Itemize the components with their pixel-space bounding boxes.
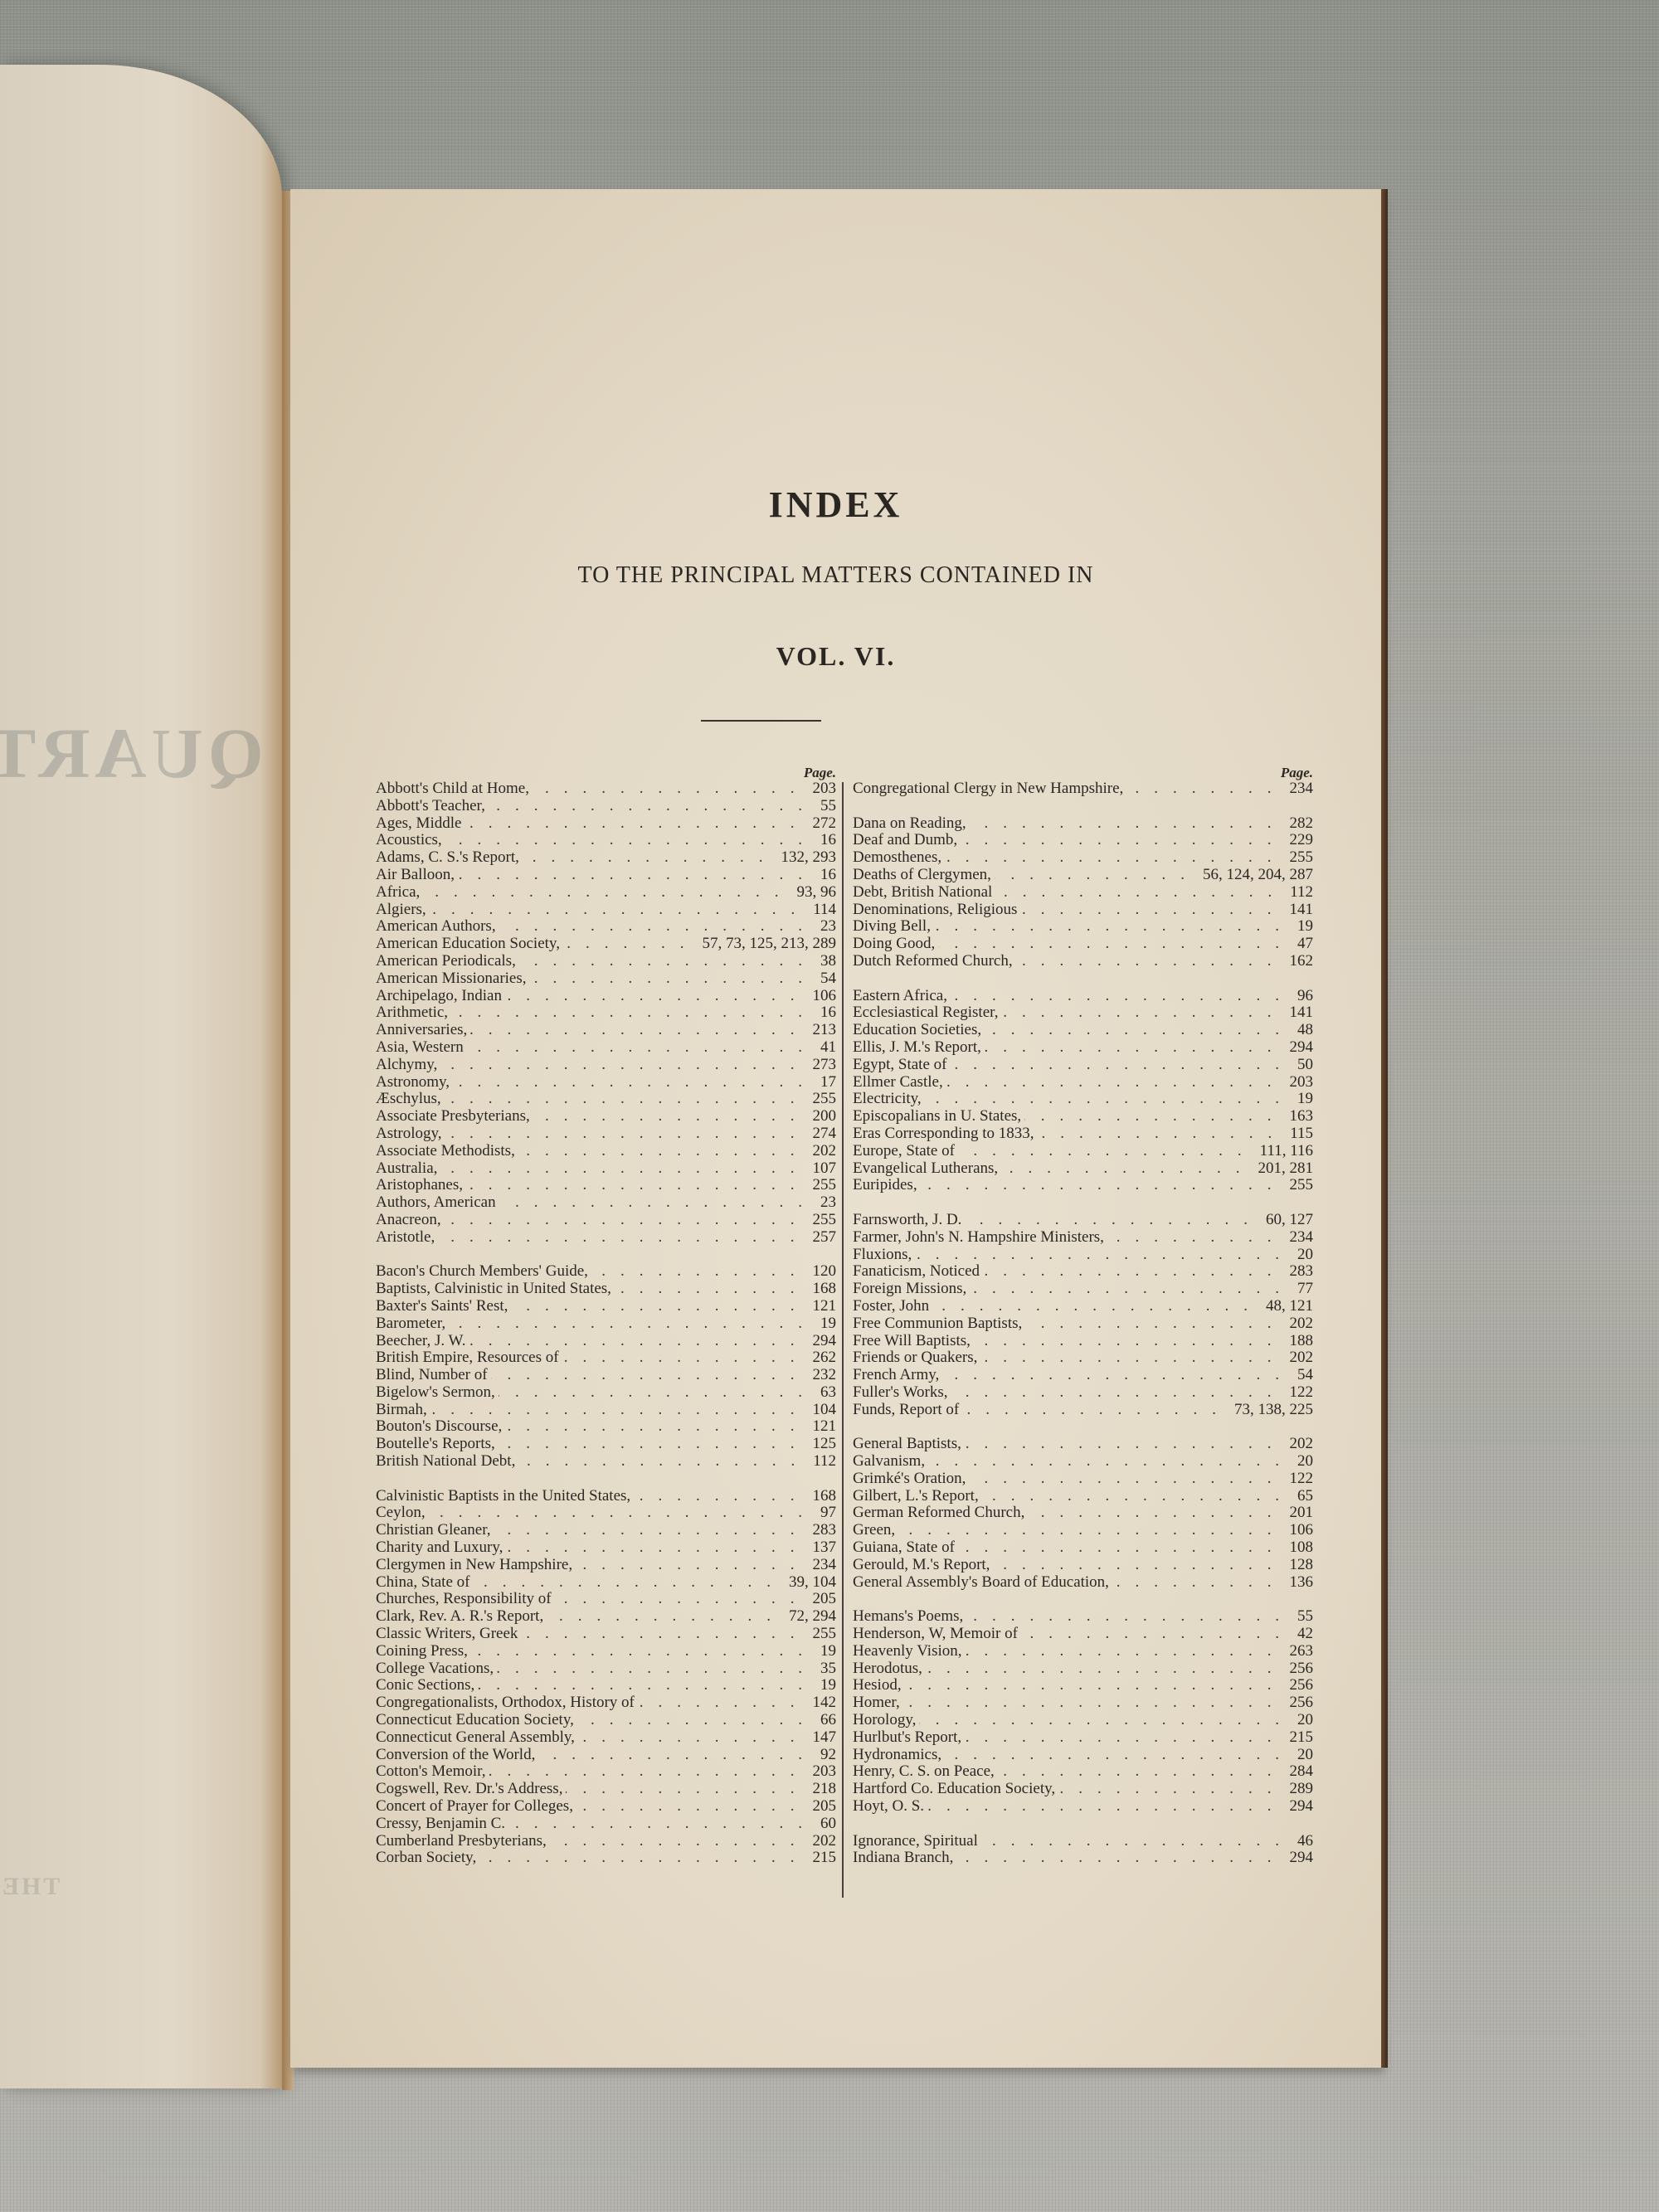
leader-dots: ........................................ [497,1660,817,1678]
entry-pages: 202 [1290,1315,1314,1333]
entry-name: Friends or Quakers, [853,1349,977,1367]
entry-pages: 273 [813,1057,837,1074]
leader-dots: ........................................ [470,1022,809,1039]
entry-name: Conic Sections, [376,1677,474,1694]
letter-group-gap [853,1418,1313,1436]
entry-name: Birmah, [376,1402,427,1419]
entry-pages: 20 [1297,1747,1313,1764]
index-entry: Aristophanes,...........................… [376,1177,836,1194]
entry-name: Free Communion Baptists, [853,1315,1022,1333]
entry-name: Ages, Middle [376,815,461,833]
letter-group-gap [853,1816,1313,1833]
entry-name: Foreign Missions, [853,1281,966,1298]
entry-name: Concert of Prayer for Colleges, [376,1798,573,1816]
entry-pages: 294 [1290,1798,1314,1816]
entry-name: Diving Bell, [853,918,931,936]
leader-dots: ........................................ [898,1522,1286,1539]
index-entry: Free Will Baptists,.....................… [853,1333,1313,1350]
leader-dots: ........................................ [995,884,1287,902]
entry-pages: 77 [1297,1281,1313,1298]
leader-dots: ........................................ [591,1263,810,1281]
entry-pages: 232 [813,1367,837,1384]
index-entry: Farmer, John's N. Hampshire Ministers,..… [853,1229,1313,1247]
entry-pages: 141 [1290,1004,1314,1022]
entry-pages: 294 [1290,1039,1314,1057]
entry-pages: 114 [813,902,836,919]
entry-pages: 112 [1290,884,1313,902]
entry-name: Deaf and Dumb, [853,832,957,849]
entry-pages: 294 [1290,1850,1314,1867]
leader-dots: ........................................ [958,1539,1287,1557]
leader-dots: ........................................ [974,1333,1287,1350]
entry-pages: 234 [813,1557,837,1574]
leader-dots: ........................................ [950,1057,1294,1074]
leader-dots: ........................................ [1020,902,1286,919]
entry-name: Farmer, John's N. Hampshire Ministers, [853,1229,1104,1247]
leader-dots: ........................................ [530,970,817,988]
entry-name: Electricity, [853,1091,922,1108]
entry-pages: 20 [1297,1453,1313,1471]
index-entry: American Education Society,.............… [376,936,836,953]
index-entry: China, State of.........................… [376,1574,836,1592]
entry-pages: 19 [820,1643,836,1660]
entry-name: Conversion of the World, [376,1747,535,1764]
entry-pages: 20 [1297,1247,1313,1264]
index-entry: Australia,..............................… [376,1160,836,1178]
leader-dots: ........................................ [1107,1229,1287,1247]
entry-pages: 73, 138, 225 [1234,1402,1313,1419]
leader-dots: ........................................ [934,918,1294,936]
entry-name: Anniversaries, [376,1022,467,1039]
index-entry: Cressy, Benjamin C......................… [376,1816,836,1833]
entry-name: Demosthenes, [853,849,941,867]
entry-name: Asia, Western [376,1039,464,1057]
entry-name: Fluxions, [853,1247,912,1264]
leader-dots: ........................................ [1126,780,1286,798]
leader-dots: ........................................ [578,1729,810,1747]
index-entry: Classic Writers, Greek..................… [376,1626,836,1643]
index-entry: Hartford Co. Education Society,.........… [853,1781,1313,1798]
leader-dots: ........................................ [938,936,1294,953]
index-entry: College Vacations,......................… [376,1660,836,1678]
entry-name: College Vacations, [376,1660,494,1678]
facing-left-page: QUART THE [0,65,282,2088]
leader-dots: ........................................ [494,1522,810,1539]
entry-name: Alchymy, [376,1057,437,1074]
leader-dots: ........................................ [1001,1160,1254,1178]
index-entry: Dutch Reformed Church,..................… [853,953,1313,970]
entry-name: Education Societies, [853,1022,981,1039]
entry-pages: 274 [813,1125,837,1143]
index-entry: Churches, Responsibility of.............… [376,1591,836,1608]
index-entry: Barometer,..............................… [376,1315,836,1333]
entry-pages: 218 [813,1781,837,1798]
leader-dots: ........................................ [518,1143,810,1160]
entry-name: Abbott's Child at Home, [376,780,529,798]
leader-dots: ........................................ [521,1626,809,1643]
entry-pages: 120 [813,1263,837,1281]
index-entry: Conversion of the World,................… [376,1747,836,1764]
entry-pages: 256 [1290,1677,1314,1694]
leader-dots: ........................................ [966,1643,1287,1660]
entry-pages: 202 [813,1833,837,1850]
entry-name: Astronomy, [376,1074,450,1091]
leader-dots: ........................................ [966,1608,1294,1626]
index-entry: Herodotus,..............................… [853,1660,1313,1678]
leader-dots: ........................................ [965,1729,1286,1747]
index-entry: Green,..................................… [853,1522,1313,1539]
entry-name: Boutelle's Reports, [376,1436,495,1453]
index-entry: Europe, State of........................… [853,1143,1313,1160]
index-entry: Aristotle,..............................… [376,1229,836,1247]
entry-name: Australia, [376,1160,437,1178]
entry-pages: 203 [1290,1074,1314,1091]
entry-pages: 50 [1297,1057,1313,1074]
entry-name: Horology, [853,1712,916,1729]
index-entry: Ages, Middle............................… [376,815,836,833]
entry-name: Baxter's Saints' Rest, [376,1298,508,1315]
leader-dots: ........................................ [449,1315,817,1333]
entry-pages: 256 [1290,1660,1314,1678]
entry-name: Foster, John [853,1298,929,1315]
index-entry: Arithmetic,.............................… [376,1004,836,1022]
entry-name: Cressy, Benjamin C. [376,1816,505,1833]
index-entry: Hydronamics,............................… [853,1747,1313,1764]
leader-dots: ........................................ [983,1263,1286,1281]
leader-dots: ........................................ [1001,1004,1286,1022]
index-entry: Hesiod,.................................… [853,1677,1313,1694]
entry-pages: 162 [1290,953,1314,970]
leader-dots: ........................................ [473,1574,786,1592]
entry-pages: 20 [1297,1712,1313,1729]
leader-dots: ........................................ [499,1194,817,1212]
leader-dots: ........................................ [926,1660,1287,1678]
leader-dots: ........................................ [1016,953,1287,970]
leader-dots: ........................................ [915,1247,1294,1264]
entry-pages: 168 [813,1281,837,1298]
index-entry: Birmah,.................................… [376,1402,836,1419]
leader-dots: ........................................ [998,1763,1287,1781]
index-entry: Episcopalians in U. States,.............… [853,1108,1313,1125]
entry-pages: 121 [813,1298,837,1315]
entry-name: Associate Methodists, [376,1143,515,1160]
entry-pages: 17 [820,1074,836,1091]
index-entry: Galvanism,..............................… [853,1453,1313,1471]
index-entry: Bacon's Church Members' Guide,..........… [376,1263,836,1281]
index-entry: Education Societies,....................… [853,1022,1313,1039]
leader-dots: ........................................ [951,1384,1287,1402]
leader-dots: ........................................ [1028,1505,1286,1522]
entry-pages: 263 [1290,1643,1314,1660]
leader-dots: ........................................ [956,1850,1286,1867]
entry-name: Henry, C. S. on Peace, [853,1763,995,1781]
entry-name: Coining Press, [376,1643,468,1660]
index-entry: Congregational Clergy in New Hampshire,.… [853,780,1313,798]
entry-pages: 255 [813,1626,837,1643]
entry-pages: 63 [820,1384,836,1402]
index-entry: Debt, British National..................… [853,884,1313,902]
leader-dots: ........................................ [970,1281,1294,1298]
index-entry: Hurlbut's Report,.......................… [853,1729,1313,1747]
index-entry: Congregationalists, Orthodox, History of… [376,1694,836,1712]
index-entry: Denominations, Religious................… [853,902,1313,919]
index-entry: Indiana Branch,.........................… [853,1850,1313,1867]
leader-dots: ........................................ [423,884,793,902]
index-entry: Cumberland Presbyterians,...............… [376,1833,836,1850]
entry-pages: 283 [1290,1263,1314,1281]
entry-name: Europe, State of [853,1143,955,1160]
entry-name: Aristophanes, [376,1177,463,1194]
page-column-label: Page. [376,766,836,780]
entry-name: Grimké's Oration, [853,1471,966,1488]
entry-pages: 122 [1290,1471,1314,1488]
entry-pages: 136 [1290,1574,1314,1592]
entry-name: Homer, [853,1694,900,1712]
index-entry: French Army,............................… [853,1367,1313,1384]
leader-dots: ........................................ [638,1694,810,1712]
entry-name: Ellmer Castle, [853,1074,943,1091]
entry-name: French Army, [853,1367,939,1384]
leader-dots: ........................................ [511,1298,809,1315]
entry-pages: 282 [1290,815,1314,833]
index-entry: Astronomy,..............................… [376,1074,836,1091]
leader-dots: ........................................ [550,1833,810,1850]
entry-pages: 111, 116 [1260,1143,1313,1160]
entry-pages: 202 [1290,1436,1314,1453]
title-rule [701,720,821,722]
entry-name: Episcopalians in U. States, [853,1108,1021,1125]
entry-name: Associate Presbyterians, [376,1108,530,1125]
entry-pages: 106 [1290,1522,1314,1539]
entry-pages: 163 [1290,1108,1314,1125]
entry-pages: 55 [820,798,836,815]
leader-dots: ........................................ [533,1108,810,1125]
entry-pages: 39, 104 [789,1574,836,1592]
letter-group-gap [376,1471,836,1488]
leader-dots: ........................................ [905,1677,1287,1694]
index-entry: Friends or Quakers,.....................… [853,1349,1313,1367]
leader-dots: ........................................ [615,1281,810,1298]
leader-dots: ........................................ [563,936,699,953]
entry-pages: 16 [820,832,836,849]
entry-name: Bigelow's Sermon, [376,1384,495,1402]
leader-dots: ........................................ [958,1143,1257,1160]
index-entry: Astrology,..............................… [376,1125,836,1143]
index-entry: Anacreon,...............................… [376,1212,836,1229]
entry-name: Green, [853,1522,895,1539]
entry-name: Anacreon, [376,1212,441,1229]
entry-name: Cotton's Memoir, [376,1763,486,1781]
entry-pages: 48 [1297,1022,1313,1039]
entry-name: American Missionaries, [376,970,527,988]
index-entry: German Reformed Church,.................… [853,1505,1313,1522]
index-entry: Farnsworth, J. D........................… [853,1212,1313,1229]
index-entry: Abbott's Child at Home,.................… [376,780,836,798]
entry-name: Ignorance, Spiritual [853,1833,978,1850]
index-entry: Hemans's Poems,.........................… [853,1608,1313,1626]
entry-name: Heavenly Vision, [853,1643,962,1660]
entry-pages: 56, 124, 204, 287 [1203,867,1313,884]
entry-name: Euripides, [853,1177,917,1194]
index-entry: Clergymen in New Hampshire,.............… [376,1557,836,1574]
entry-pages: 48, 121 [1266,1298,1313,1315]
leader-dots: ........................................ [995,867,1199,884]
index-entry: Foster, John............................… [853,1298,1313,1315]
entry-pages: 255 [813,1091,837,1108]
index-entry: Henderson, W, Memoir of.................… [853,1626,1313,1643]
leader-dots: ........................................ [965,1212,1262,1229]
leader-dots: ........................................ [430,902,810,919]
index-entry: Diving Bell,............................… [853,918,1313,936]
entry-name: Fuller's Works, [853,1384,948,1402]
entry-name: Bacon's Church Members' Guide, [376,1263,588,1281]
index-entry: Alchymy,................................… [376,1057,836,1074]
leader-dots: ........................................ [1021,1626,1294,1643]
leader-dots: ........................................ [533,780,810,798]
entry-pages: 215 [813,1850,837,1867]
entry-name: Aristotle, [376,1229,435,1247]
entry-pages: 137 [813,1539,837,1557]
leader-dots: ........................................ [519,953,817,970]
index-entry: Conic Sections,.........................… [376,1677,836,1694]
leader-dots: ........................................ [945,849,1286,867]
entry-pages: 112 [813,1453,836,1471]
index-entry: Clark, Rev. A. R.'s Report,.............… [376,1608,836,1626]
leader-dots: ........................................ [469,1333,809,1350]
entry-pages: 284 [1290,1763,1314,1781]
entry-name: Hartford Co. Education Society, [853,1781,1055,1798]
entry-name: Beecher, J. W. [376,1333,465,1350]
entry-pages: 23 [820,1194,836,1212]
entry-pages: 96 [1297,988,1313,1005]
entry-name: Herodotus, [853,1660,922,1678]
leader-dots: ........................................ [965,1436,1287,1453]
index-entry: Demosthenes,............................… [853,849,1313,867]
leader-dots: ........................................ [945,1747,1294,1764]
index-entry: Ecclesiastical Register,................… [853,1004,1313,1022]
index-entry: Fluxions,...............................… [853,1247,1313,1264]
leader-dots: ........................................ [562,1349,810,1367]
entry-name: Clark, Rev. A. R.'s Report, [376,1608,543,1626]
leader-dots: ........................................ [1112,1574,1287,1592]
entry-name: Hesiod, [853,1677,902,1694]
entry-pages: 19 [820,1677,836,1694]
index-entry: Doing Good,.............................… [853,936,1313,953]
entry-name: American Education Society, [376,936,560,953]
entry-name: Algiers, [376,902,426,919]
entry-pages: 19 [1297,1091,1313,1108]
entry-name: Barometer, [376,1315,445,1333]
entry-pages: 38 [820,953,836,970]
index-entry: Ignorance, Spiritual....................… [853,1833,1313,1850]
leader-dots: ........................................ [577,1798,810,1816]
index-entry: Associate Presbyterians,................… [376,1108,836,1125]
page-title: INDEX [290,484,1381,526]
entry-name: Dana on Reading, [853,815,966,833]
entry-pages: 107 [813,1160,837,1178]
entry-pages: 125 [813,1436,837,1453]
entry-pages: 234 [1290,780,1314,798]
index-entry: Adams, C. S.'s Report,..................… [376,849,836,867]
entry-pages: 294 [813,1333,837,1350]
index-entry: Gerould, M.'s Report,...................… [853,1557,1313,1574]
entry-name: Hemans's Poems, [853,1608,963,1626]
entry-pages: 255 [813,1212,837,1229]
entry-name: Calvinistic Baptists in the United State… [376,1488,630,1505]
entry-name: Clergymen in New Hampshire, [376,1557,572,1574]
leader-dots: ........................................ [927,1798,1286,1816]
entry-pages: 16 [820,1004,836,1022]
leader-dots: ........................................ [1025,1315,1286,1333]
entry-name: Charity and Luxury, [376,1539,503,1557]
index-entry: Fuller's Works,.........................… [853,1384,1313,1402]
entry-pages: 128 [1290,1557,1314,1574]
entry-pages: 35 [820,1660,836,1678]
leader-dots: ........................................ [489,1763,810,1781]
entry-pages: 147 [813,1729,837,1747]
entry-name: General Baptists, [853,1436,961,1453]
entry-pages: 92 [820,1747,836,1764]
leader-dots: ........................................ [506,1539,809,1557]
entry-pages: 262 [813,1349,837,1367]
entry-pages: 54 [1297,1367,1313,1384]
leader-dots: ........................................ [970,815,1287,833]
letter-group-gap [853,1591,1313,1608]
leader-dots: ........................................ [489,798,817,815]
index-entry: Gilbert, L.'s Report,...................… [853,1488,1313,1505]
entry-name: Congregational Clergy in New Hampshire, [853,780,1123,798]
leader-dots: ........................................ [980,1349,1286,1367]
index-entry: Africa,.................................… [376,884,836,902]
entry-pages: 202 [1290,1349,1314,1367]
entry-name: Doing Good, [853,936,935,953]
entry-pages: 202 [813,1143,837,1160]
entry-pages: 255 [1290,849,1314,867]
index-entry: British National Debt,..................… [376,1453,836,1471]
entry-name: Henderson, W, Memoir of [853,1626,1018,1643]
leader-dots: ........................................ [982,1488,1294,1505]
index-entry: Funds, Report of........................… [853,1402,1313,1419]
entry-pages: 234 [1290,1229,1314,1247]
entry-pages: 57, 73, 125, 213, 289 [703,936,837,953]
page-subtitle: TO THE PRINCIPAL MATTERS CONTAINED IN [290,562,1381,589]
leader-dots: ........................................ [523,849,778,867]
entry-pages: 201, 281 [1258,1160,1314,1178]
entry-pages: 65 [1297,1488,1313,1505]
entry-pages: 213 [813,1022,837,1039]
entry-name: Free Will Baptists, [853,1333,971,1350]
entry-pages: 121 [813,1418,837,1436]
leader-dots: ........................................ [925,1091,1294,1108]
index-entry: Horology,...............................… [853,1712,1313,1729]
entry-name: Air Balloon, [376,867,455,884]
index-entry: Æschylus,...............................… [376,1091,836,1108]
leader-dots: ........................................ [451,1004,817,1022]
entry-pages: 201 [1290,1505,1314,1522]
index-entry: Guiana, State of........................… [853,1539,1313,1557]
leader-dots: ........................................ [576,1557,809,1574]
entry-pages: 188 [1290,1333,1314,1350]
leader-dots: ........................................ [491,1367,810,1384]
entry-pages: 203 [813,780,837,798]
index-entry: Fanaticism, Noticed.....................… [853,1263,1313,1281]
leader-dots: ........................................ [466,1177,809,1194]
entry-name: Ceylon, [376,1505,426,1522]
index-entry: Boutelle's Reports,.....................… [376,1436,836,1453]
leader-dots: ........................................ [946,1074,1287,1091]
entry-name: Debt, British National [853,884,992,902]
leader-dots: ........................................ [566,1781,809,1798]
